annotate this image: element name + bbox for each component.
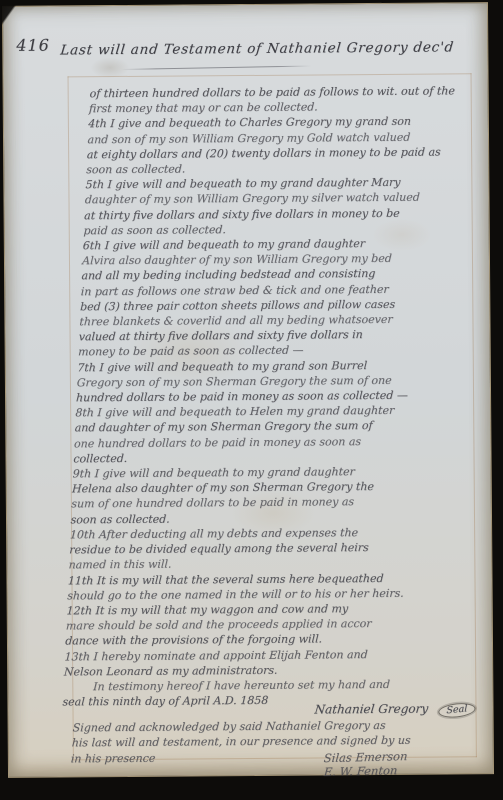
title-underline-flourish xyxy=(121,65,311,69)
page-corner-shadow xyxy=(1,5,49,39)
seal-stamp: Seal xyxy=(437,702,474,719)
seal-label: Seal xyxy=(445,703,466,716)
testator-signature-line: Nathaniel GregorySeal xyxy=(313,701,475,718)
witness-signature: E. W. Fenton xyxy=(323,763,398,779)
page-title: Last will and Testament of Nathaniel Gre… xyxy=(60,39,455,58)
ruling-line-top xyxy=(68,73,472,77)
testator-signature: Nathaniel Gregory xyxy=(314,702,429,717)
scanned-ledger-page: 416 Last will and Testament of Nathaniel… xyxy=(2,2,494,778)
will-body-text: of thirteen hundred dollars to be paid a… xyxy=(62,83,488,710)
page-number: 416 xyxy=(16,36,50,55)
